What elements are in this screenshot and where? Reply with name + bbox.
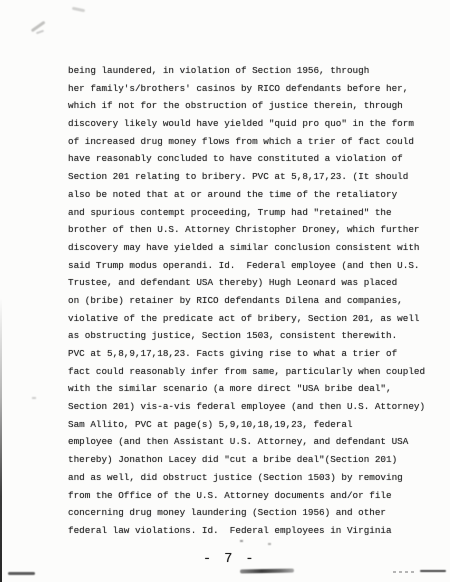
text-line: from the Office of the U.S. Attorney doc… bbox=[68, 487, 438, 505]
text-line: also be noted that at or around the time… bbox=[68, 186, 438, 204]
text-line: said Trump modus operandi. Id. Federal e… bbox=[68, 257, 438, 275]
text-line: employee (and then Assistant U.S. Attorn… bbox=[68, 433, 438, 451]
text-line: on (bribe) retainer by RICO defendants D… bbox=[68, 292, 438, 310]
text-line: concerning drug money laundering (Sectio… bbox=[68, 504, 438, 522]
text-line: Section 201) vis-a-vis federal employee … bbox=[68, 398, 438, 416]
speck-mark bbox=[268, 543, 271, 545]
text-line: being laundered, in violation of Section… bbox=[68, 62, 438, 80]
speck-mark bbox=[240, 540, 243, 542]
text-line: Sam Allito, PVC at page(s) 5,9,10,18,19,… bbox=[68, 416, 438, 434]
smudge-mark bbox=[36, 30, 44, 35]
text-line: of increased drug money flows from which… bbox=[68, 133, 438, 151]
text-line: discovery likely would have yielded "qui… bbox=[68, 115, 438, 133]
speck-mark bbox=[32, 397, 36, 399]
text-line: and spurious contempt proceeding, Trump … bbox=[68, 204, 438, 222]
text-line: and as well, did obstruct justice (Secti… bbox=[68, 469, 438, 487]
smudge-mark bbox=[72, 7, 85, 13]
text-line: as obstructing justice, Section 1503, co… bbox=[68, 327, 438, 345]
text-line: brother of then U.S. Attorney Christophe… bbox=[68, 221, 438, 239]
text-line: federal law violations. Id. Federal empl… bbox=[68, 522, 438, 540]
page-number: - 7 - bbox=[203, 552, 256, 567]
smudge-mark bbox=[240, 569, 294, 573]
body-text-block: being laundered, in violation of Section… bbox=[68, 62, 438, 540]
text-line: her family's/brothers' casinos by RICO d… bbox=[68, 80, 438, 98]
text-line: discovery may have yielded a similar con… bbox=[68, 239, 438, 257]
smudge-mark bbox=[8, 572, 35, 575]
text-line: violative of the predicate act of briber… bbox=[68, 310, 438, 328]
text-line: PVC at 5,8,9,17,18,23. Facts giving rise… bbox=[68, 345, 438, 363]
text-line: with the similar scenario (a more direct… bbox=[68, 380, 438, 398]
text-line: fact could reasonably infer from same, p… bbox=[68, 363, 438, 381]
smudge-mark bbox=[420, 570, 446, 573]
smudge-mark bbox=[393, 571, 417, 573]
text-line: have reasonably concluded to have consti… bbox=[68, 150, 438, 168]
text-line: which if not for the obstruction of just… bbox=[68, 97, 438, 115]
text-line: Trustee, and defendant USA thereby) Hugh… bbox=[68, 274, 438, 292]
scanned-document-page: being laundered, in violation of Section… bbox=[0, 0, 450, 582]
text-line: thereby) Jonathon Lacey did "cut a bribe… bbox=[68, 451, 438, 469]
text-line: Section 201 relating to bribery. PVC at … bbox=[68, 168, 438, 186]
scan-edge-artifact bbox=[0, 298, 2, 582]
